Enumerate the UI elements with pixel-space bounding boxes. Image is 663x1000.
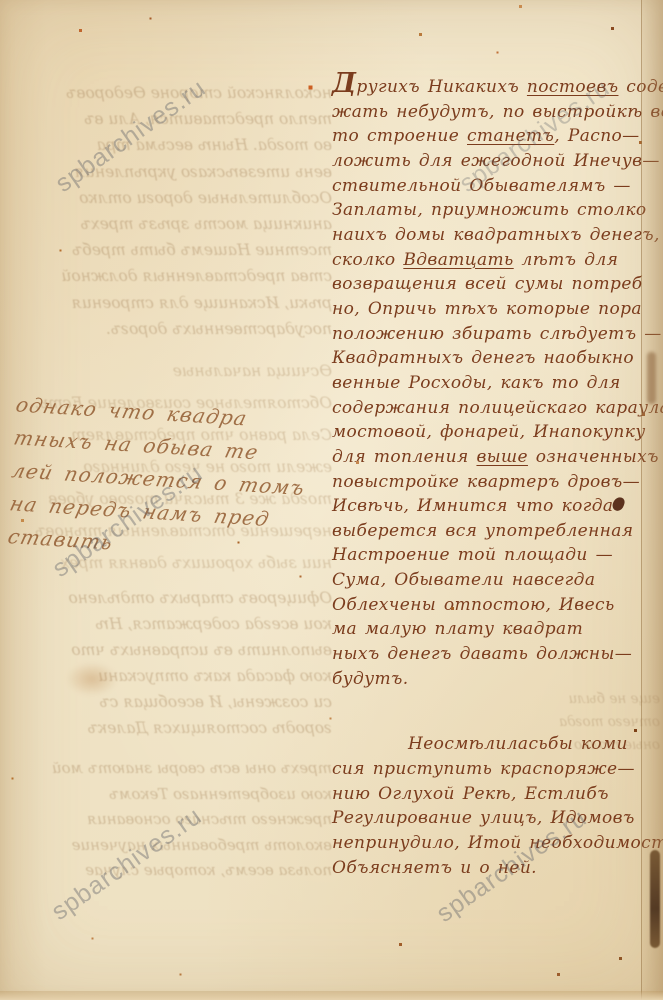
manuscript-line: повыстройке квартеръ дровъ— [332, 470, 658, 495]
manuscript-line: содержания полицейскаго караула, [332, 396, 658, 421]
manuscript-line: наихъ домы квадратныхъ денегъ, [332, 223, 658, 248]
manuscript-line: но, Опричь тѣхъ которые пора [332, 297, 658, 322]
manuscript-page: нсколянской стороне Ѳедоровътепло предст… [0, 0, 663, 1000]
bleedthrough-line: кою фасада какъ отпускани [0, 663, 332, 689]
edge-mark-lower [650, 850, 660, 948]
bleedthrough-text-bottom-left: трехъ оны всѣ своры знаютъ мойкою изобре… [0, 756, 332, 884]
manuscript-line: Квадратныхъ денегъ наобыкно [332, 346, 658, 371]
bleedthrough-line: посударственныхъ дорогъ. [0, 316, 332, 342]
bleedthrough-line: отчего тогда [455, 711, 660, 734]
manuscript-line: Облехчены отпостою, Ивесь [332, 593, 658, 618]
manuscript-line: Другихъ Никакихъ постоевъ содер [332, 72, 658, 100]
manuscript-line: сия приступить краспоряже— [332, 757, 658, 782]
manuscript-line: ложить для ежегодной Инечув— [332, 149, 658, 174]
bleedthrough-line: прежнего тѣснаго основания [0, 807, 332, 833]
manuscript-line: ствительной Обывателямъ — [332, 174, 658, 199]
bleedthrough-line: выполнить въ исправныхъ что [0, 637, 332, 663]
manuscript-line: для топления выше означенныхъ [332, 445, 658, 470]
bleedthrough-line: кою изобретеннаго Текомъ [0, 782, 332, 808]
bleedthrough-line: нсколянской стороне Ѳедоровъ [0, 80, 332, 106]
bleedthrough-text-lower-left: Офицеровъ старыхъ отдѣленокои всегда сод… [0, 585, 332, 741]
bleedthrough-line: вень итезвѣскаго укрѣпления [0, 159, 332, 185]
bleedthrough-line: тепло представится, Али въ [0, 106, 332, 132]
bleedthrough-line: рѣки, Исканище для строения [0, 290, 332, 316]
manuscript-line: мостовой, фонарей, Инапокупку [332, 420, 658, 445]
manuscript-line: ма малую плату квадрат [332, 617, 658, 642]
manuscript-line: Исвѣчь, Имнится что когда [332, 494, 658, 519]
manuscript-line: Сума, Обыватели навсегда [332, 568, 658, 593]
manuscript-line: непринудило, Итой необходимости [332, 831, 658, 856]
paper-speckles [0, 0, 1, 1]
bleedthrough-line: Особлительные дороги отлко [0, 185, 332, 211]
bleedthrough-line: городѣ состоящихся Далекъ [0, 715, 332, 741]
manuscript-line: Объясняетъ и о ней. [332, 856, 658, 881]
manuscript-line: Настроение той площади — [332, 543, 658, 568]
manuscript-line: то строение станетъ, Распо— [332, 124, 658, 149]
bleedthrough-text-right: еще не былиотчего тогдаоные толко [455, 688, 660, 757]
manuscript-line: жать небудутъ, по выстройкѣ во что [332, 100, 658, 125]
bleedthrough-line: ства представленныя должной [0, 263, 332, 289]
manuscript-line: Регулирование улицъ, Идомовъ [332, 806, 658, 831]
main-text-block: Другихъ Никакихъ постоевъ содержать небу… [332, 72, 658, 880]
bleedthrough-line: польза всемъ, которые случае [0, 858, 332, 884]
paper-stain [66, 662, 118, 696]
manuscript-line: положению збирать слѣдуетъ — [332, 322, 658, 347]
page-bottom-edge [0, 991, 663, 1000]
manuscript-line: Заплаты, приумножить столко [332, 198, 658, 223]
bleedthrough-line: Офицеровъ старыхъ отдѣлено [0, 585, 332, 611]
paragraph-1: Другихъ Никакихъ постоевъ содержать небу… [332, 72, 658, 691]
edge-mark-upper [647, 352, 656, 404]
bleedthrough-line: оные толко [455, 734, 660, 757]
manuscript-line: сколко Вдватцать лѣтъ для [332, 248, 658, 273]
manuscript-line: выберется вся употребленная [332, 519, 658, 544]
manuscript-line: ныхъ денегъ давать должны— [332, 642, 658, 667]
bleedthrough-line: вколоть требованных научение [0, 833, 332, 859]
bleedthrough-line: Ѳсчища начальные [0, 355, 332, 387]
manuscript-line: венные Росходы, какъ то для [332, 371, 658, 396]
manuscript-line: возвращения всей сумы потреб [332, 272, 658, 297]
bleedthrough-text-top-left: нсколянской стороне Ѳедоровътепло предст… [0, 80, 332, 342]
margin-note: однако что квадратныхъ на обыва телей по… [7, 388, 336, 572]
manuscript-line: нию Оглухой Рекѣ, Естлибъ [332, 782, 658, 807]
bleedthrough-line: кои всегда содержатся, Нѣ [0, 611, 332, 637]
bleedthrough-line: во тогда. Нынѣ весьма тра [0, 132, 332, 158]
bleedthrough-line: трехъ оны всѣ своры знаютъ мой [0, 756, 332, 782]
bleedthrough-line: еще не были [455, 688, 660, 711]
bleedthrough-line: си созжены, И всеобщая съ [0, 689, 332, 715]
bleedthrough-line: аникница мость зрѣзъ трехъ [0, 211, 332, 237]
bleedthrough-line: тсетние Нашемъ быть требъ [0, 237, 332, 263]
